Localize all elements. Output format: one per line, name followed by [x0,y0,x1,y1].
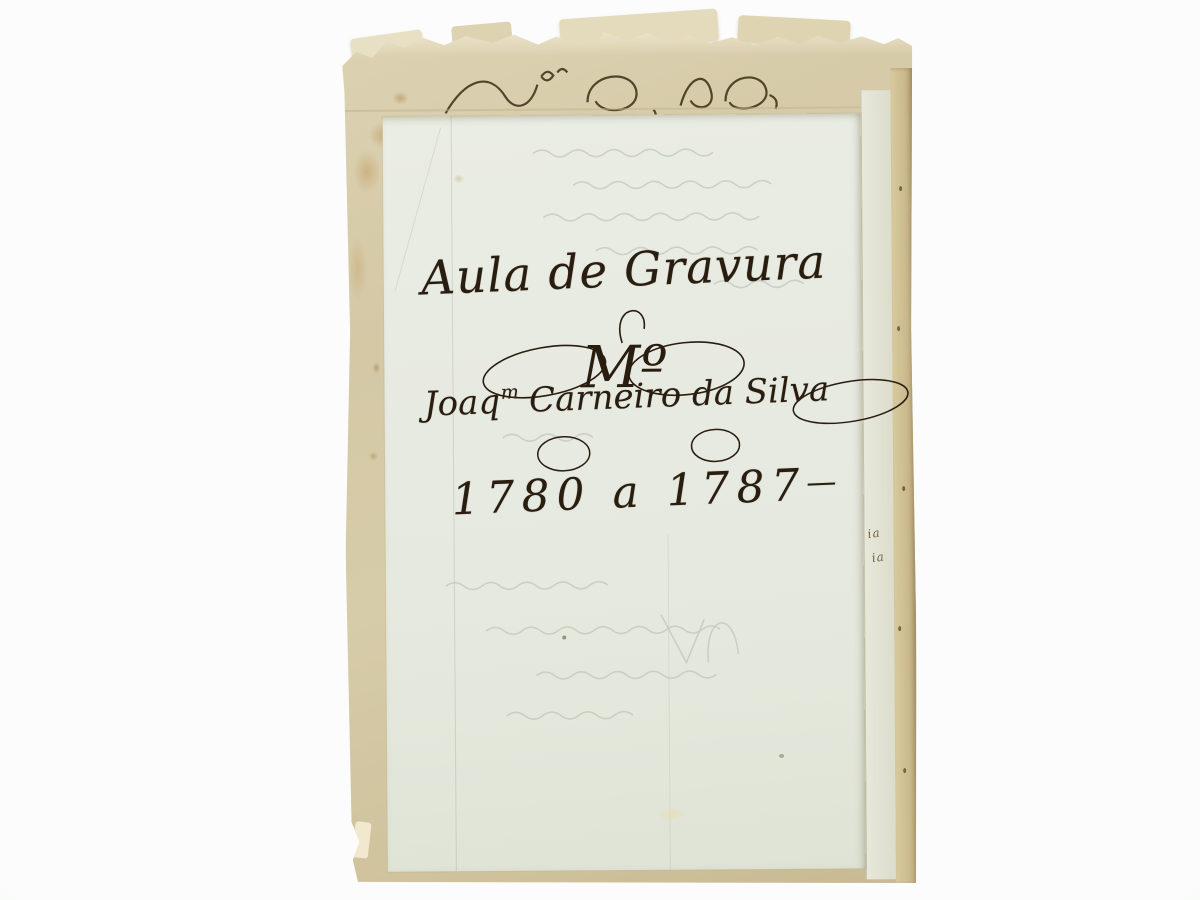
name-prefix: Joaq [423,382,501,425]
manuscript-folder: ia ia [342,28,918,889]
edge-text-fragment: ia [871,549,886,565]
edge-speck [897,326,900,331]
title-aula-de-gravura: Aula de Gravura [413,234,835,307]
photo-background: ia ia [0,0,1200,900]
edge-speck [899,186,902,191]
edge-text-fragment: ia [867,525,882,541]
foxing-stain [369,452,378,461]
name-superscript: m [500,381,519,404]
title-page: Aula de Gravura Mº JoaqmCarneiro da Silv… [383,113,866,871]
torn-corner-chip [352,821,372,859]
page-spot [453,174,464,183]
foxing-stain [347,237,367,301]
edge-speck [902,486,905,491]
page-spot [562,635,566,639]
edge-speck [903,768,906,773]
dates-line: 1780 a 1787— [449,420,814,555]
page-stack-deckle-edge [890,68,918,885]
foxing-stain [353,150,381,194]
page-spot [657,807,685,822]
dates-dash: — [806,464,837,500]
page-spot [779,754,784,758]
edge-speck [898,626,901,631]
foxing-stain [372,362,380,374]
foxing-stain [392,92,408,105]
